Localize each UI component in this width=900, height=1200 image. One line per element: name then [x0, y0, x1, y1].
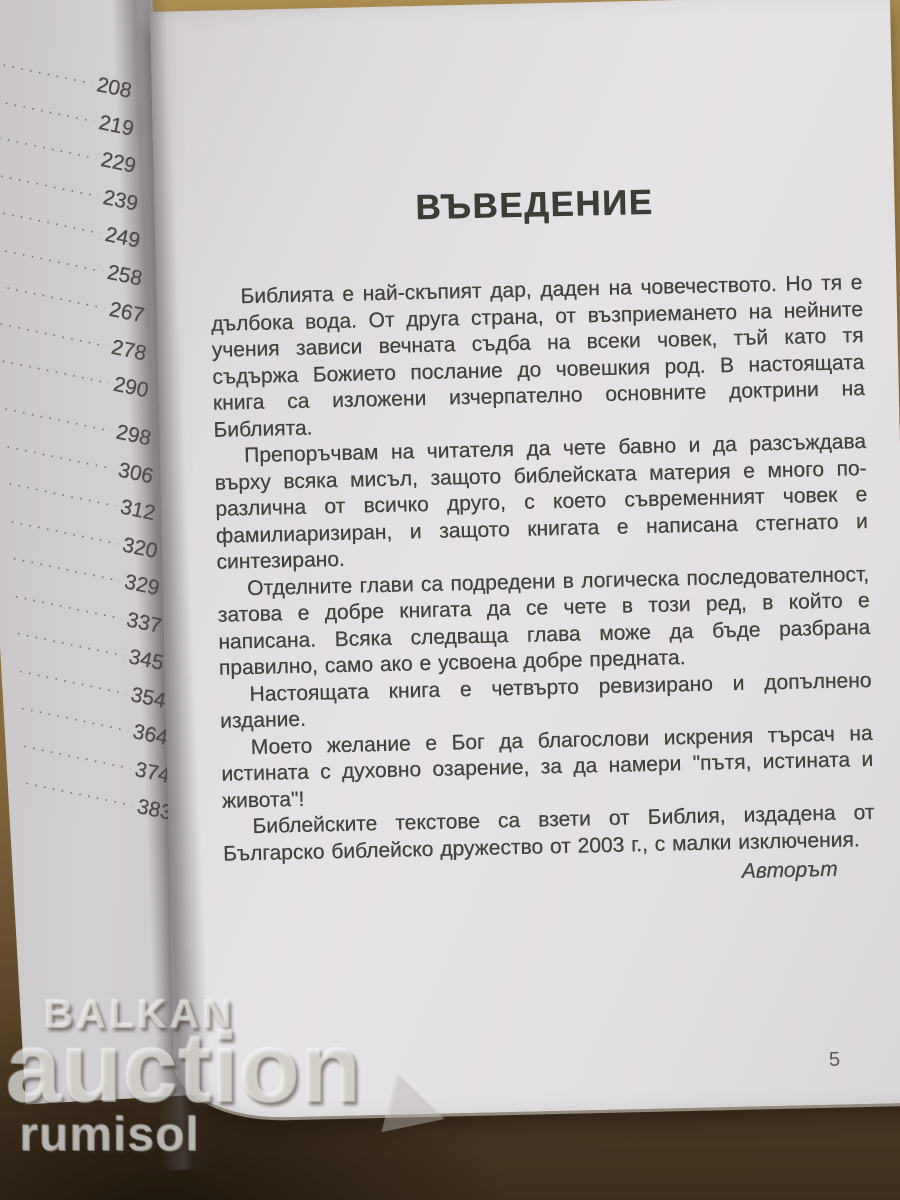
- toc-page-number: 229: [99, 149, 138, 177]
- right-page: ВЪВЕДЕНИЕ Библията е най-скъпият дар, да…: [150, 0, 900, 1120]
- toc-leader-dots: ························: [0, 163, 100, 206]
- toc-leader-dots: ························: [21, 735, 133, 778]
- toc-page-number: 239: [101, 186, 140, 214]
- body-paragraph: Библията е най-скъпият дар, даден на чов…: [210, 270, 865, 444]
- body-paragraph: Препоръчвам на читателя да чете бавно и …: [214, 429, 869, 576]
- toc-leader-dots: ························: [0, 88, 96, 131]
- toc-page-number: 258: [105, 261, 144, 289]
- toc-leader-dots: ························: [0, 350, 111, 393]
- toc-page-number: 354: [129, 683, 168, 711]
- toc-leader-dots: ························: [4, 435, 116, 478]
- toc-page-number: 219: [97, 111, 136, 139]
- toc-leader-dots: ························: [14, 623, 126, 666]
- toc-page-number: 208: [95, 74, 134, 102]
- toc-page-number: 312: [118, 496, 157, 524]
- toc-leader-dots: ························: [12, 585, 124, 628]
- toc-leader-dots: ························: [23, 772, 135, 815]
- toc-leader-dots: ························: [8, 510, 120, 553]
- toc-page-number: 345: [127, 646, 166, 674]
- toc-leader-dots: ························: [0, 313, 109, 356]
- toc-leader-dots: ························: [0, 275, 107, 318]
- toc-leader-dots: ························: [0, 200, 103, 243]
- watermark-rumisol: rumisol: [20, 1112, 200, 1160]
- toc-page-number: 329: [123, 571, 162, 599]
- toc-page-number: 374: [133, 758, 172, 786]
- page-body: Библията е най-скъпият дар, даден на чов…: [210, 270, 875, 868]
- book-photo-scene: ························208·············…: [0, 0, 900, 1200]
- toc-page-number: 337: [125, 609, 164, 637]
- toc-leader-dots: ························: [6, 473, 118, 516]
- toc-page-number: 290: [112, 373, 151, 401]
- toc-leader-dots: ························: [2, 398, 114, 441]
- toc-page-number: 278: [109, 336, 148, 364]
- toc-leader-dots: ························: [10, 548, 122, 591]
- page-number: 5: [829, 1049, 841, 1072]
- toc-leader-dots: ························: [0, 238, 105, 281]
- toc-page-number: 320: [121, 534, 160, 562]
- toc-leader-dots: ························: [0, 125, 98, 168]
- toc-leader-dots: ························: [18, 697, 130, 740]
- body-paragraph: Отделните глави са подредени в логическа…: [217, 561, 871, 682]
- toc-page-number: 267: [107, 299, 146, 327]
- toc-page-number: 306: [116, 459, 155, 487]
- toc-page-number: 249: [103, 224, 142, 252]
- page-title: ВЪВЕДЕНИЕ: [208, 178, 861, 233]
- toc-leader-dots: ························: [0, 50, 94, 93]
- body-paragraph: Моето желание е Бог да благослови искрен…: [220, 720, 874, 814]
- toc-leader-dots: ························: [16, 660, 128, 703]
- toc-page-number: 298: [114, 421, 153, 449]
- toc-page-number: 364: [131, 721, 170, 749]
